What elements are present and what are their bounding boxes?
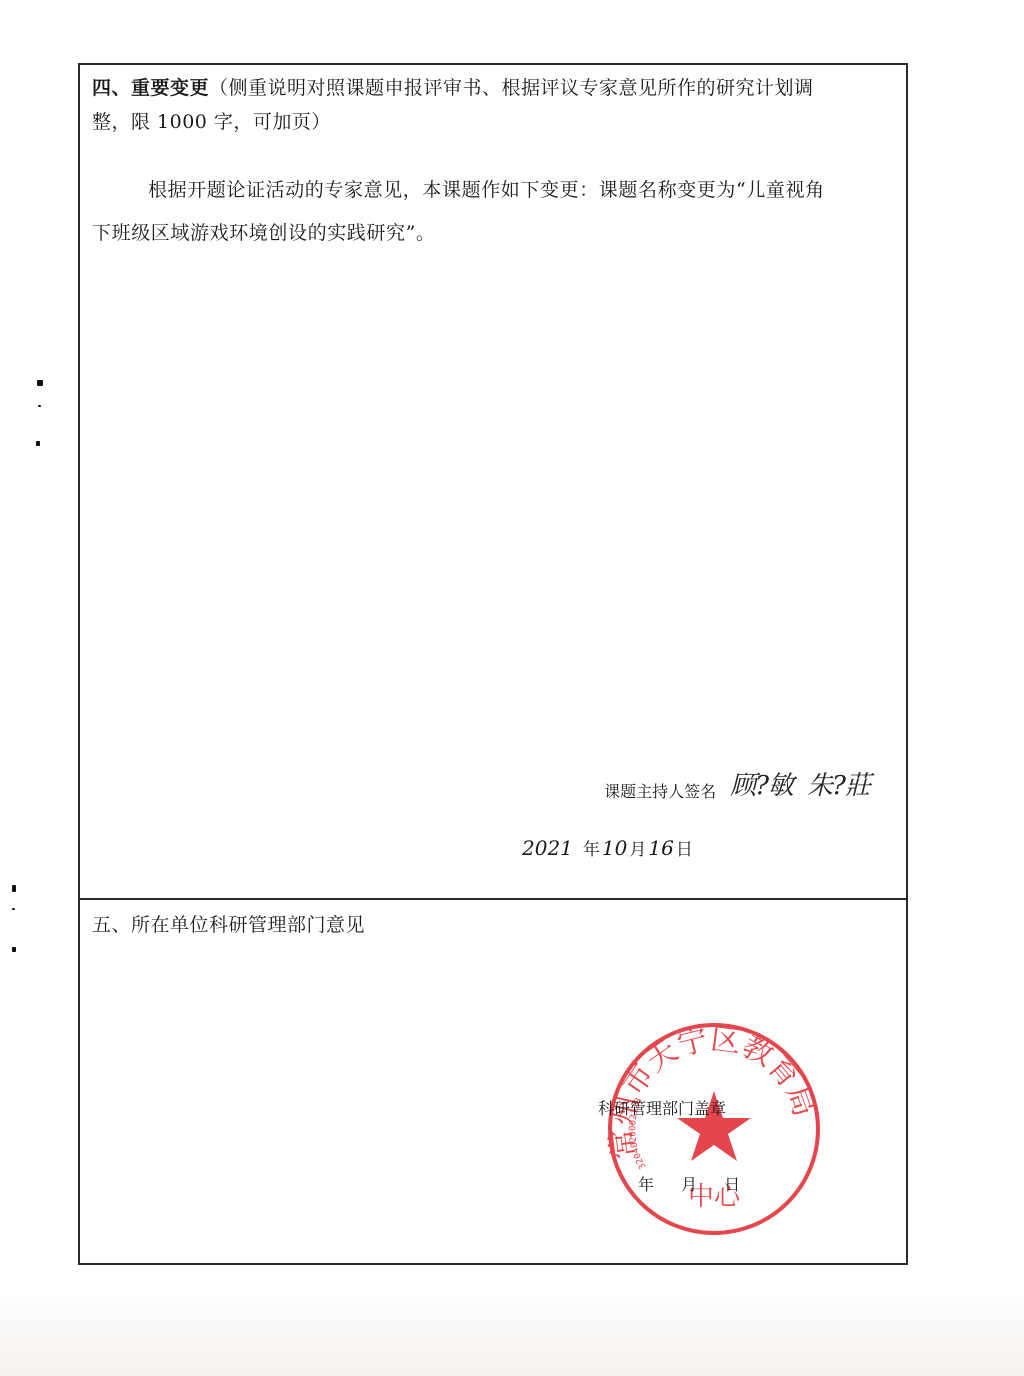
signature-date: 2021 年 10 月 16 日 <box>522 835 693 860</box>
binding-hole-mark <box>36 441 40 446</box>
section-4-instruction-cont: 整，限 1000 字，可加页） <box>92 107 331 134</box>
stamp-label: 科研管理部门盖章 <box>598 1096 726 1119</box>
official-seal-stamp: 常州市天宁区教育局 3204020002128 中心 <box>602 1017 826 1241</box>
date-day: 16 <box>648 836 673 860</box>
date-year: 2021 <box>522 836 573 860</box>
section-4-heading: 四、重要变更（侧重说明对照课题申报评审书、根据评议专家意见所作的研究计划调 <box>92 73 814 100</box>
form-table: 四、重要变更（侧重说明对照课题申报评审书、根据评议专家意见所作的研究计划调 整，… <box>78 63 908 1265</box>
section-4-number: 四、 <box>92 77 131 99</box>
binding-hole-mark <box>37 380 43 386</box>
signature-host-1: 顾?敏 <box>730 765 793 802</box>
change-description-line-2: 下班级区域游戏环境创设的实践研究”。 <box>92 218 436 245</box>
date-day-unit: 日 <box>676 835 693 860</box>
section-research-dept-opinion: 五、所在单位科研管理部门意见 常州市天宁区教育局 3204020002128 中… <box>80 900 906 1263</box>
binding-hole-mark <box>38 405 41 407</box>
date-year-unit: 年 <box>583 835 600 860</box>
section-4-title: 重要变更 <box>131 77 209 99</box>
stamp-date-placeholder: 年 月 日 <box>638 1172 740 1195</box>
date-month-unit: 月 <box>629 835 646 860</box>
change-description-line-1: 根据开题论证活动的专家意见，本课题作如下变更：课题名称变更为“儿童视角 <box>148 175 825 202</box>
section-5-title: 五、所在单位科研管理部门意见 <box>92 910 365 937</box>
signature-host-2: 朱?莊 <box>807 765 870 802</box>
binding-hole-mark <box>12 885 16 892</box>
date-month: 10 <box>602 836 627 860</box>
signature-label: 课题主持人签名 <box>604 779 716 802</box>
scan-background-tint <box>0 1290 1024 1376</box>
binding-hole-mark <box>12 908 15 910</box>
signature-row: 课题主持人签名 顾?敏 朱?莊 <box>604 765 870 802</box>
section-4-instruction: （侧重说明对照课题申报评审书、根据评议专家意见所作的研究计划调 <box>209 77 814 99</box>
binding-hole-mark <box>12 947 16 952</box>
section-important-changes: 四、重要变更（侧重说明对照课题申报评审书、根据评议专家意见所作的研究计划调 整，… <box>80 65 906 899</box>
